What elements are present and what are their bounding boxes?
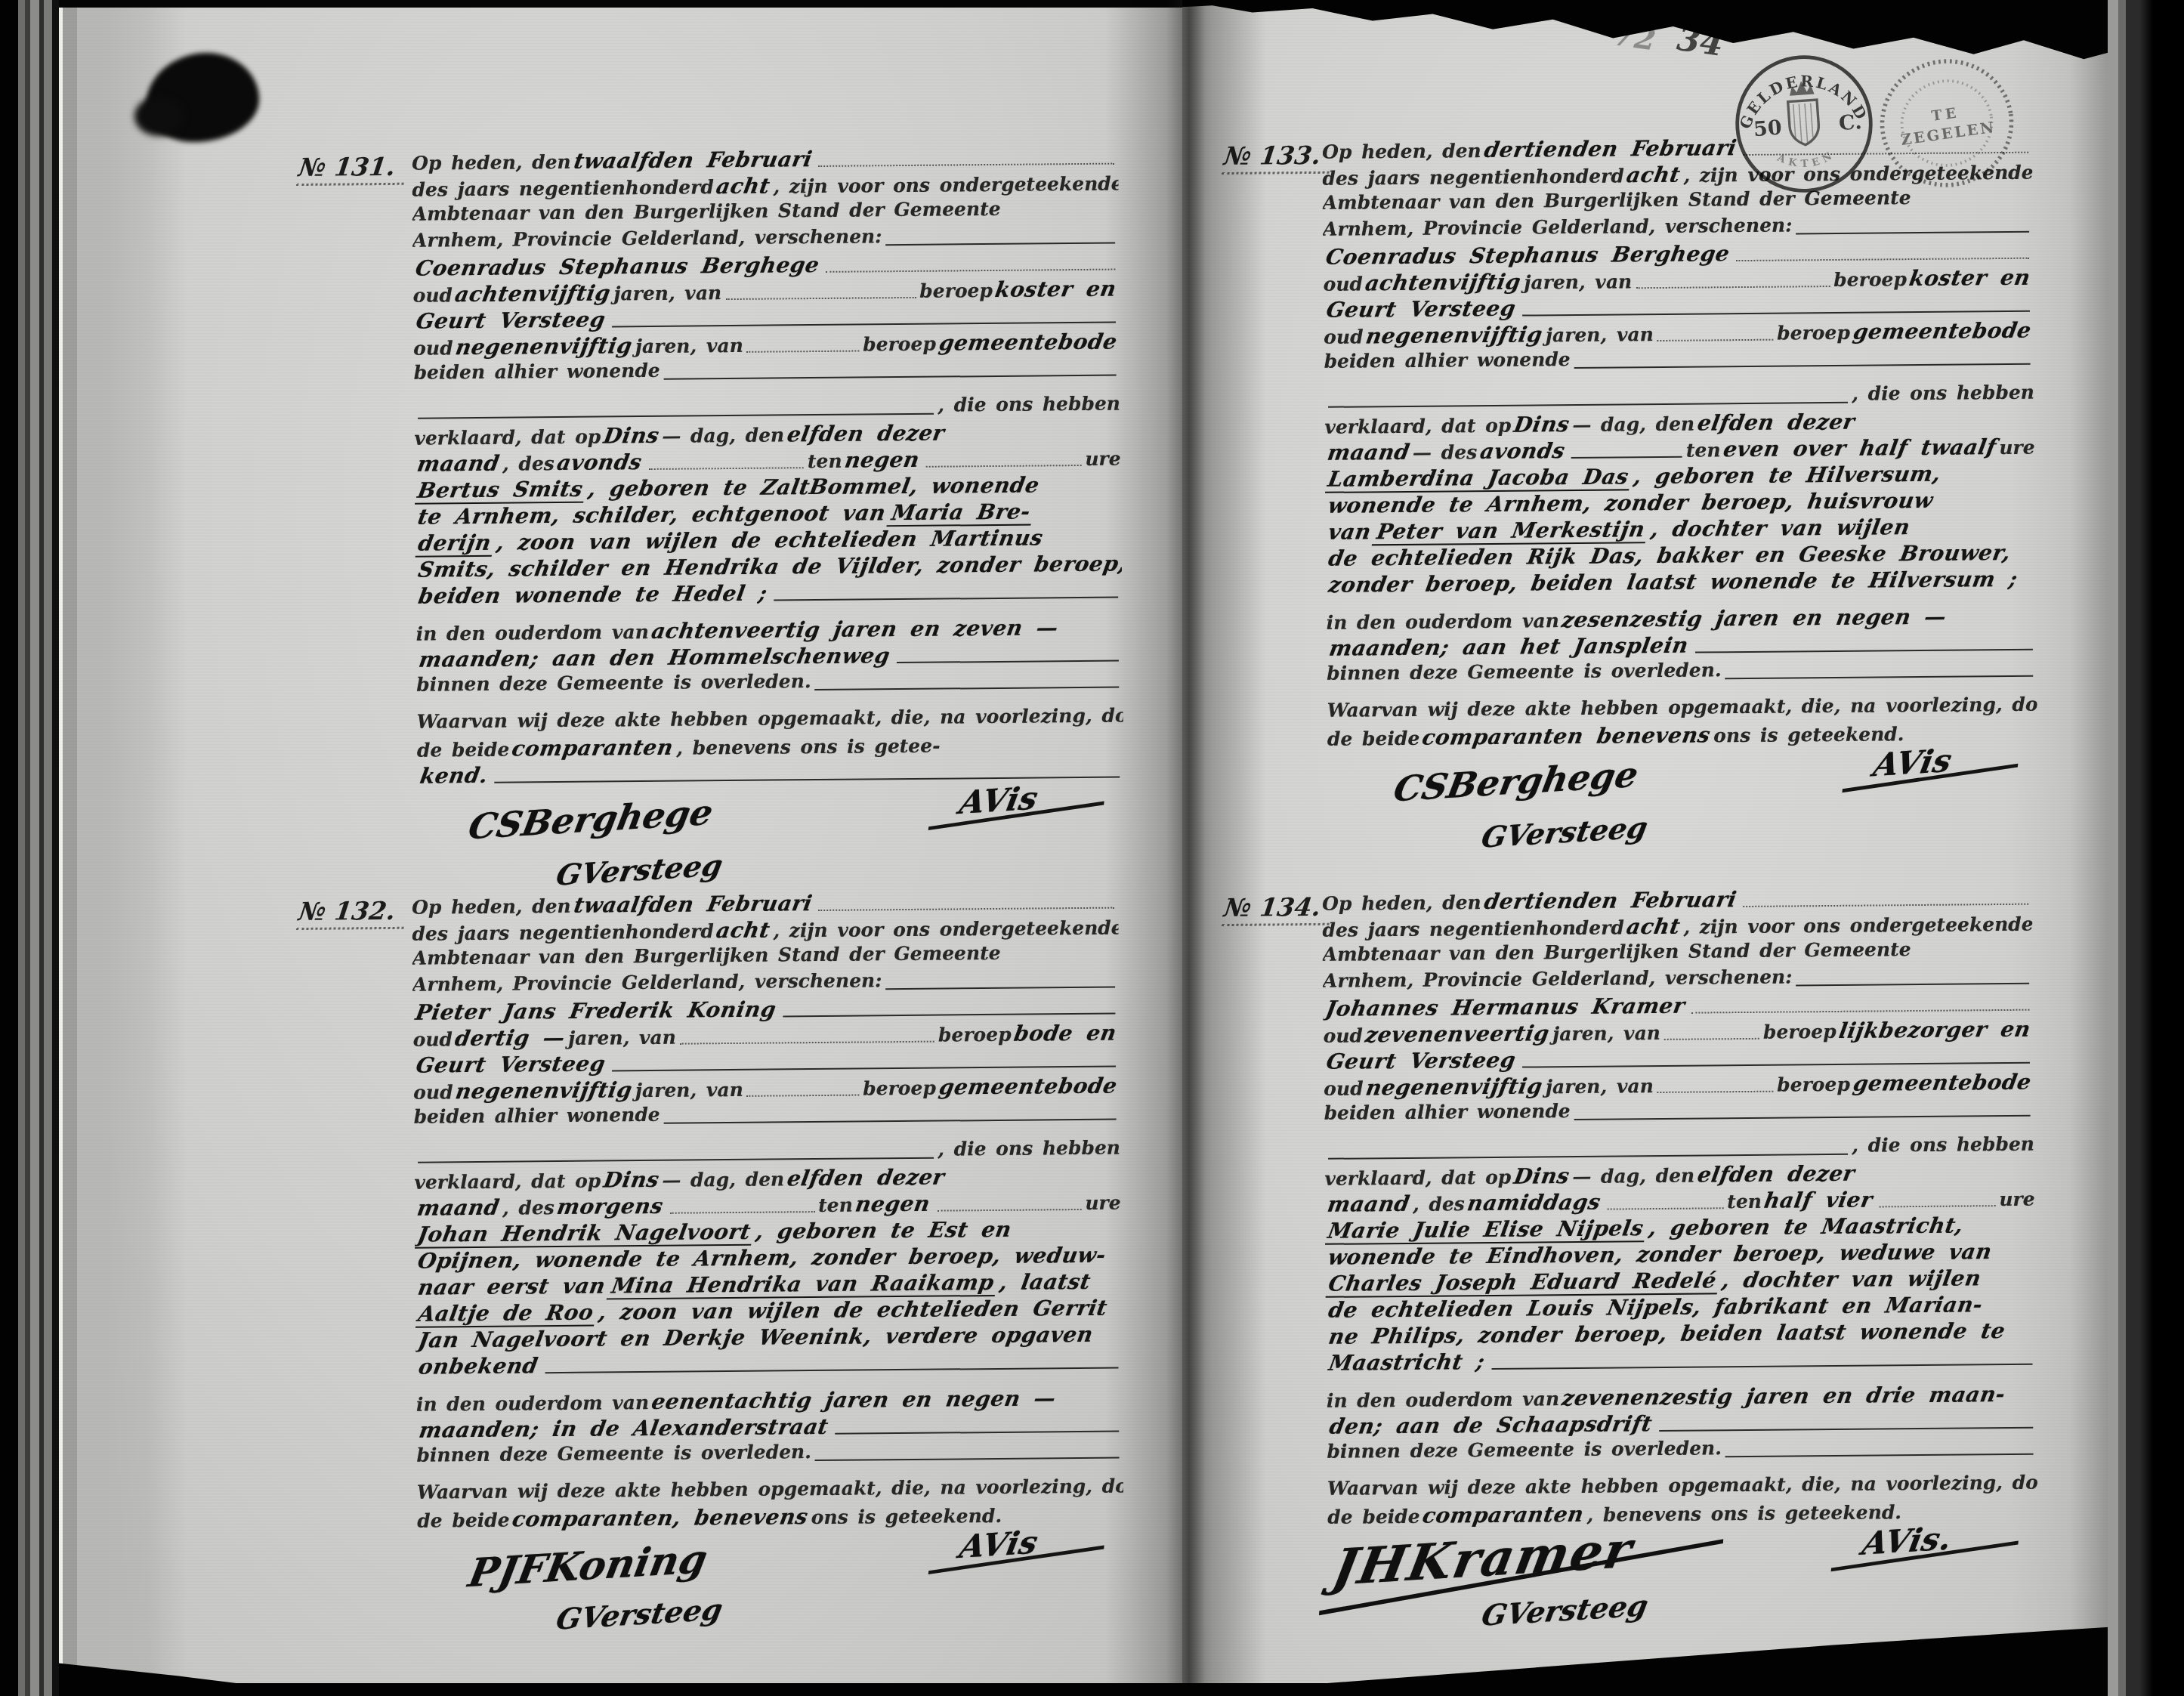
handwritten-text: Mina Hendrika van Raaikamp — [606, 1270, 999, 1301]
act-signatures: PJFKoningGVersteegAVis — [417, 1528, 1135, 1654]
printed-text: beroep — [863, 333, 936, 356]
signature-comparant: PJFKoning — [465, 1536, 711, 1596]
handwritten-text: dertienden Februari — [1479, 887, 1741, 914]
handwritten-text: Pieter Jans Frederik Koning — [412, 996, 781, 1024]
act-132: № 132. Op heden, den twaalfden Februarid… — [298, 888, 1136, 1656]
handwritten-text: , geboren te ZaltBommel, wonende — [583, 472, 1044, 501]
act-line: beiden wonende te Hedel ; — [415, 578, 1122, 610]
printed-text: jaren, van — [635, 335, 743, 357]
handwritten-text: achtenvijftig — [450, 280, 616, 307]
handwritten-text: gemeentebode — [934, 329, 1120, 356]
handwritten-text: Geurt Versteeg — [1324, 1048, 1521, 1074]
printed-text: — dag, den — [662, 424, 784, 446]
handwritten-text: ne Philips, zonder beroep, beiden laatst… — [1326, 1318, 2010, 1349]
printed-text: Op heden, den — [412, 895, 571, 919]
handwritten-text: maanden; aan het Jansplein — [1327, 633, 1694, 661]
act-line: beiden alhier wonende — [413, 356, 1120, 388]
page-stack-edge-right — [2108, 0, 2184, 1696]
handwritten-text: even over half twaalf — [1719, 434, 2001, 462]
svg-text:AKTEN: AKTEN — [1774, 147, 1838, 172]
printed-text: beroep — [1777, 1074, 1850, 1096]
printed-text: — dag, den — [662, 1168, 784, 1191]
rule-filler — [612, 1066, 1116, 1072]
signature-witness: GVersteeg — [554, 848, 725, 891]
rule-filler — [1657, 339, 1773, 341]
handwritten-text: zonder beroep, beiden laatst wonende te … — [1326, 567, 2022, 598]
printed-text: beiden alhier wonende — [1324, 348, 1570, 372]
signature-comparant: CSBerghege — [1391, 754, 1642, 809]
handwritten-text: zevenenveertig — [1361, 1021, 1555, 1047]
printed-text: verklaard, dat op — [414, 426, 601, 449]
handwritten-text: , dochter van wijlen — [1717, 1265, 1986, 1293]
handwritten-text: wonende te Arnhem, zonder beroep, huisvr… — [1325, 488, 1938, 518]
printed-text: binnen deze Gemeente is overleden. — [1327, 1437, 1722, 1463]
handwritten-text: gemeentebode — [1848, 318, 2034, 344]
act-line: binnen deze Gemeente is overleden. — [1327, 1435, 2037, 1467]
handwritten-text: avonds — [1475, 438, 1569, 464]
rule-filler — [612, 322, 1116, 328]
signature-registrar: AVis — [1870, 742, 1954, 783]
signature-witness: GVersteeg — [554, 1592, 725, 1636]
handwritten-text: acht — [1622, 162, 1685, 188]
printed-text: Op heden, den — [412, 151, 571, 175]
printed-text: , des — [502, 453, 554, 475]
printed-text: beroep — [919, 280, 993, 302]
act-131: № 131. Op heden, den twaalfden Februarid… — [298, 144, 1136, 912]
handwritten-text: de echtelieden Louis Nijpels, fabrikant … — [1326, 1292, 1988, 1323]
act-lines: Op heden, den dertienden Februarides jaa… — [1322, 133, 2037, 752]
handwritten-text: , laatst — [994, 1269, 1095, 1295]
act-number: № 132. — [296, 896, 408, 930]
printed-text: oud — [413, 284, 453, 306]
handwritten-text: te Arnhem, schilder, echtgenoot van — [415, 500, 891, 530]
handwritten-text: Aaltje de Roo — [415, 1300, 599, 1328]
printed-text: de beide — [417, 739, 510, 762]
act-lines: Op heden, den twaalfden Februarides jaar… — [412, 888, 1123, 1534]
printed-text: des jaars negentienhonderd — [412, 176, 714, 200]
rule-filler — [819, 907, 1115, 911]
printed-text: jaren, van — [635, 1079, 743, 1101]
printed-text: des jaars negentienhonderd — [1322, 165, 1624, 189]
signature-registrar: AVis — [956, 780, 1040, 821]
printed-text: , die ons hebben — [1852, 382, 2034, 405]
rule-filler — [815, 687, 1120, 691]
handwritten-text: Marie Julie Elise Nijpels — [1325, 1216, 1648, 1245]
rule-filler — [747, 1095, 859, 1097]
stamp-line1: TE — [1931, 105, 1961, 125]
rule-filler — [664, 1119, 1117, 1124]
handwritten-text: naar eerst van — [415, 1273, 610, 1299]
printed-text: ons is geteekend. — [1713, 723, 1904, 746]
act-lines: Op heden, den twaalfden Februarides jaar… — [412, 144, 1123, 790]
handwritten-text: namiddags — [1463, 1190, 1605, 1216]
handwritten-text: acht — [712, 173, 775, 199]
act-signatures: CSBerghegeGVersteegAVis — [1342, 746, 2050, 873]
handwritten-text: , geboren te Est en — [751, 1217, 1016, 1244]
rule-filler — [1574, 1115, 2031, 1120]
act-number: № 133. — [1222, 141, 1333, 175]
handwritten-text: , geboren te Hilversum, — [1629, 462, 1945, 490]
handwritten-text: Geurt Versteeg — [413, 1051, 610, 1077]
handwritten-text: half vier — [1759, 1187, 1877, 1213]
handwritten-text: , zoon van wijlen de echtelieden Martinu… — [492, 525, 1048, 555]
rule-filler — [1725, 675, 2034, 680]
signature-witness: GVersteeg — [1479, 810, 1651, 854]
handwritten-text: Charles Joseph Eduard Redelé — [1325, 1268, 1721, 1298]
handwritten-text: comparanten — [508, 735, 678, 762]
printed-text: oud — [1324, 273, 1364, 295]
handwritten-text: dertienden Februari — [1479, 135, 1741, 162]
printed-text: in den ouderdom van — [415, 621, 649, 645]
rule-filler — [1695, 649, 2033, 653]
rule-filler — [747, 351, 859, 353]
handwritten-text: Opijnen, wonende te Arnhem, zonder beroe… — [415, 1243, 1111, 1274]
handwritten-text: koster en — [1904, 265, 2034, 291]
printed-text: Op heden, den — [1322, 891, 1481, 915]
printed-text: — dag, den — [1572, 1165, 1694, 1188]
handwritten-text: achtenveertig jaren en zeven — — [647, 615, 1063, 644]
printed-text: , die ons hebben — [938, 393, 1120, 416]
printed-text: in den ouderdom van — [1327, 1388, 1560, 1412]
printed-text: ure — [1999, 437, 2035, 459]
handwritten-text: zesenzestig jaren en negen — — [1557, 604, 1951, 633]
book-spine-edge-left — [0, 0, 59, 1696]
rule-filler — [1880, 1205, 1996, 1207]
rule-filler — [1743, 904, 2028, 907]
printed-text: de beide — [1327, 1506, 1420, 1528]
handwritten-text: , zoon van wijlen de echtelieden Gerrit — [594, 1296, 1112, 1325]
rule-filler — [1664, 1038, 1759, 1040]
handwritten-text: negenenvijftig — [451, 333, 638, 360]
printed-text: binnen deze Gemeente is overleden. — [1327, 659, 1722, 684]
printed-text: beiden alhier wonende — [413, 360, 660, 384]
printed-text: jaren, van — [1552, 1022, 1660, 1045]
printed-text: oud — [413, 1081, 453, 1103]
printed-text: oud — [413, 337, 453, 359]
printed-text: oud — [413, 1028, 453, 1050]
rule-filler — [1571, 456, 1682, 459]
rule-filler — [664, 375, 1117, 380]
stamp-currency: C. — [1838, 110, 1862, 135]
handwritten-text: maand — [414, 1195, 504, 1221]
rule-filler — [680, 1041, 934, 1045]
handwritten-text: comparanten, benevens — [508, 1504, 814, 1532]
rule-filler — [1796, 983, 2030, 987]
rule-filler — [1657, 1091, 1773, 1093]
handwritten-text: Dins — [599, 1167, 665, 1193]
handwritten-text: acht — [712, 917, 775, 943]
printed-text: , zijn voor ons ondergeteekende — [1683, 913, 2032, 938]
act-line: onbekend — [415, 1348, 1122, 1381]
handwritten-text: zevenenzestig jaren en drie maan- — [1557, 1382, 2010, 1410]
act-line: beiden alhier wonende — [1324, 344, 2034, 377]
handwritten-text: maanden; in de Alexanderstraat — [416, 1414, 833, 1443]
stamp-line2: ZEGELEN — [1900, 119, 1997, 149]
printed-text: , des — [502, 1197, 554, 1219]
act-134: № 134. Op heden, den dertienden Februari… — [1224, 885, 2050, 1652]
handwritten-text: de echtelieden Rijk Das, bakker en Geesk… — [1326, 540, 2016, 571]
printed-text: verklaard, dat op — [1324, 1166, 1511, 1190]
handwritten-text: Johan Hendrik Nagelvoort — [415, 1219, 756, 1249]
handwritten-text: elfden dezer — [782, 1164, 949, 1191]
rule-filler — [1691, 1009, 2029, 1014]
rule-filler — [826, 269, 1116, 273]
act-line: binnen deze Gemeente is overleden. — [1327, 656, 2037, 689]
handwritten-text: negenenvijftig — [1361, 1074, 1548, 1100]
printed-text: beroep — [1777, 322, 1850, 344]
rule-filler — [937, 1209, 1081, 1212]
handwritten-text: derijn — [415, 530, 496, 558]
printed-text: de beide — [1327, 728, 1420, 750]
rule-filler — [886, 987, 1116, 990]
printed-text: beroep — [863, 1077, 936, 1100]
handwritten-text: koster en — [990, 276, 1120, 302]
rule-filler — [1636, 286, 1830, 289]
printed-text: Waarvan wij deze akte hebben opgemaakt, … — [1327, 1472, 2037, 1500]
act-line: binnen deze Gemeente is overleden. — [416, 668, 1123, 700]
rule-filler — [774, 597, 1119, 601]
printed-text: verklaard, dat op — [1324, 415, 1511, 438]
printed-text: jaren, van — [1546, 323, 1654, 346]
act-number: № 134. — [1222, 892, 1333, 926]
rule-filler — [725, 297, 916, 300]
handwritten-text: dertig — — [450, 1025, 570, 1051]
printed-text: jaren, van — [613, 282, 721, 304]
printed-text: binnen deze Gemeente is overleden. — [416, 670, 811, 696]
handwritten-text: wonende te Eindhoven, zonder beroep, wed… — [1325, 1239, 1997, 1270]
printed-text: beroep — [1833, 268, 1907, 291]
printed-text: Op heden, den — [1322, 140, 1481, 163]
printed-text: oud — [1324, 326, 1364, 348]
handwritten-text: maand — [1324, 440, 1414, 465]
handwritten-text: Coenradus Stephanus Berghege — [412, 252, 824, 281]
printed-text: Waarvan wij deze akte hebben opgemaakt, … — [416, 705, 1123, 733]
act-line: beiden alhier wonende — [1324, 1096, 2034, 1129]
stamp-bottom-text: AKTEN — [1774, 147, 1838, 172]
handwritten-text: Geurt Versteeg — [1324, 296, 1521, 323]
handwritten-text: , geboren te Maastricht, — [1644, 1213, 1968, 1240]
handwritten-text: acht — [1622, 914, 1685, 940]
rule-filler — [1574, 363, 2031, 369]
handwritten-text: morgens — [552, 1194, 669, 1219]
signature-comparant: CSBerghege — [465, 792, 716, 847]
handwritten-text: eenentachtig jaren en negen — — [647, 1386, 1061, 1414]
printed-text: , benevens ons is getee- — [676, 735, 941, 759]
handwritten-text: Dins — [1509, 1163, 1575, 1189]
rule-filler — [1725, 1453, 2034, 1458]
printed-text: verklaard, dat op — [414, 1170, 601, 1194]
printed-text: beiden alhier wonende — [413, 1104, 660, 1128]
printed-text: in den ouderdom van — [416, 1392, 650, 1416]
handwritten-text: negenenvijftig — [451, 1077, 638, 1104]
handwritten-text: negen — [840, 447, 925, 473]
handwritten-text: maanden; aan den Hommelschenweg — [416, 643, 895, 672]
rule-filler — [1796, 231, 2030, 235]
handwritten-text: gemeentebode — [934, 1074, 1120, 1100]
printed-text: Ambtenaar van den Burgerlijken Stand der… — [1323, 938, 1911, 965]
printed-text: ons is geteekend. — [811, 1505, 1002, 1528]
shield-icon — [1788, 100, 1820, 146]
page-right: № 133. Op heden, den dertienden Februari… — [1182, 0, 2108, 1696]
rule-filler — [545, 1367, 1118, 1374]
printed-text: Arnhem, Provincie Gelderland, verschenen… — [412, 969, 882, 995]
handwritten-text: negenenvijftig — [1361, 322, 1548, 348]
handwritten-text: kend. — [417, 763, 493, 789]
signature-registrar: AVis. — [1860, 1520, 1955, 1562]
handwritten-text: Maria Bre- — [886, 499, 1035, 528]
printed-text: beroep — [1763, 1021, 1836, 1043]
handwritten-text: twaalfden Februari — [569, 147, 817, 174]
printed-text: Arnhem, Provincie Gelderland, verschenen… — [412, 225, 882, 251]
printed-text: oud — [1324, 1077, 1364, 1099]
rule-filler — [1328, 402, 1848, 408]
handwritten-text: onbekend — [415, 1353, 542, 1379]
handwritten-text: Smits, schilder en Hendrika de Vijlder, … — [415, 551, 1122, 582]
printed-text: Arnhem, Provincie Gelderland, verschenen… — [1323, 965, 1793, 991]
te-zegelen-stamp: TE ZEGELEN — [1866, 44, 2028, 203]
handwritten-text: Coenradus Stephanus Berghege — [1323, 241, 1735, 270]
act-line: Maastricht ; — [1326, 1345, 2036, 1377]
rule-filler — [418, 413, 934, 419]
rule-filler — [819, 163, 1115, 167]
act-signatures: JHKramerGVersteegAVis. — [1342, 1524, 2050, 1651]
handwritten-text: elfden dezer — [1692, 1161, 1859, 1188]
handwritten-text: avonds — [552, 449, 647, 475]
handwritten-text: negen — [851, 1191, 935, 1217]
handwritten-text: , dochter van wijlen — [1646, 514, 1915, 542]
printed-text: , die ons hebben — [1852, 1133, 2034, 1157]
handwritten-text: Dins — [599, 423, 665, 449]
rule-filler — [886, 243, 1116, 246]
handwritten-text: Dins — [1509, 412, 1575, 437]
rule-filler — [1328, 1154, 1848, 1160]
signature-comparant: JHKramer — [1328, 1520, 1638, 1597]
rule-filler — [1522, 1062, 2030, 1068]
printed-text: ure — [1085, 1192, 1121, 1214]
handwritten-text: maand — [414, 451, 504, 477]
printed-text: des jaars negentienhonderd — [1322, 916, 1624, 941]
printed-text: jaren, van — [1524, 270, 1632, 293]
rule-filler — [649, 467, 804, 470]
handwritten-text: maand — [1324, 1191, 1414, 1217]
signature-registrar: AVis — [956, 1524, 1040, 1565]
handwritten-text: lijkbezorger en — [1834, 1017, 2034, 1043]
rule-filler — [418, 1157, 934, 1163]
ink-blob-small — [134, 97, 184, 136]
handwritten-text: Bertus Smits — [415, 477, 588, 505]
act-number: № 131. — [296, 152, 408, 186]
printed-text: beiden alhier wonende — [1324, 1100, 1570, 1124]
handwritten-text: elfden dezer — [782, 420, 949, 446]
handwritten-text: Maastricht ; — [1326, 1349, 1490, 1376]
printed-text: Waarvan wij deze akte hebben opgemaakt, … — [1327, 694, 2037, 721]
printed-text: in den ouderdom van — [1326, 610, 1559, 634]
printed-text: — dag, den — [1572, 413, 1694, 436]
handwritten-text: gemeentebode — [1848, 1070, 2034, 1096]
printed-text: ten — [818, 1194, 853, 1216]
rule-filler — [670, 1211, 814, 1214]
printed-text: ten — [808, 450, 842, 472]
rule-filler — [1491, 1364, 2032, 1370]
printed-text: oud — [1324, 1024, 1364, 1046]
handwritten-text: comparanten benevens — [1418, 722, 1716, 749]
rule-filler — [815, 1457, 1120, 1462]
handwritten-text: Geurt Versteeg — [413, 307, 610, 333]
handwritten-text: den; aan de Schaapsdrift — [1327, 1411, 1657, 1439]
rule-filler — [835, 1431, 1119, 1435]
printed-text: Ambtenaar van den Burgerlijken Stand der… — [412, 198, 1001, 225]
printed-text: Waarvan wij deze akte hebben opgemaakt, … — [417, 1475, 1123, 1503]
printed-text: jaren, van — [1546, 1075, 1654, 1098]
handwritten-text: Johannes Hermanus Kramer — [1323, 993, 1690, 1021]
act-line: beiden alhier wonende — [413, 1100, 1120, 1132]
printed-text: ure — [1085, 448, 1121, 470]
rule-filler — [897, 660, 1119, 664]
act-line: binnen deze Gemeente is overleden. — [416, 1438, 1123, 1471]
printed-text: ten — [1727, 1191, 1762, 1213]
handwritten-text: van — [1325, 519, 1376, 545]
printed-text: Ambtenaar van den Burgerlijken Stand der… — [412, 942, 1001, 969]
printed-text: des jaars negentienhonderd — [412, 920, 714, 944]
printed-text: , des — [1413, 1193, 1465, 1216]
printed-text: beroep — [938, 1024, 1012, 1046]
rule-filler — [783, 1013, 1115, 1018]
rule-filler — [1522, 310, 2030, 317]
act-lines: Op heden, den dertienden Februarides jaa… — [1322, 885, 2037, 1531]
rule-filler — [1608, 1207, 1724, 1209]
signature-witness: GVersteeg — [1479, 1588, 1651, 1632]
printed-text: binnen deze Gemeente is overleden. — [416, 1441, 811, 1466]
act-133: № 133. Op heden, den dertienden Februari… — [1224, 133, 2050, 874]
printed-text: — des — [1413, 441, 1477, 464]
handwritten-text: Lamberdina Jacoba Das — [1325, 464, 1634, 493]
rule-filler — [1659, 1427, 2033, 1432]
printed-text: , die ons hebben — [938, 1137, 1120, 1160]
rule-filler — [1737, 258, 2030, 261]
printed-text: , zijn voor ons ondergeteekende — [773, 172, 1118, 197]
handwritten-text: Peter van Merkestijn — [1372, 517, 1651, 546]
handwritten-text: Jan Nagelvoort en Derkje Weenink, verder… — [415, 1322, 1098, 1353]
handwritten-text: twaalfden Februari — [569, 891, 817, 918]
handwritten-text: beiden wonende te Hedel ; — [415, 581, 772, 609]
act-line: zonder beroep, beiden laatst wonende te … — [1326, 567, 2036, 599]
handwritten-text: elfden dezer — [1692, 409, 1859, 436]
printed-text: ten — [1686, 439, 1721, 461]
gelderland-revenue-stamp: GELDERLAND AKTEN 50 C. — [1727, 47, 1882, 202]
handwritten-text: achtenvijftig — [1361, 270, 1526, 296]
printed-text: de beide — [417, 1509, 510, 1532]
printed-text: ure — [1999, 1188, 2035, 1210]
stamp-value: 50 — [1753, 116, 1782, 142]
handwritten-text: bode en — [1009, 1021, 1120, 1046]
rule-filler — [926, 465, 1081, 468]
printed-text: jaren, van — [568, 1027, 676, 1049]
printed-text: Arnhem, Provincie Gelderland, verschenen… — [1323, 214, 1793, 239]
register-scan: № 131. Op heden, den twaalfden Februarid… — [0, 0, 2184, 1696]
page-left: № 131. Op heden, den twaalfden Februarid… — [59, 8, 1182, 1691]
printed-text: , zijn voor ons ondergeteekende — [773, 916, 1118, 941]
